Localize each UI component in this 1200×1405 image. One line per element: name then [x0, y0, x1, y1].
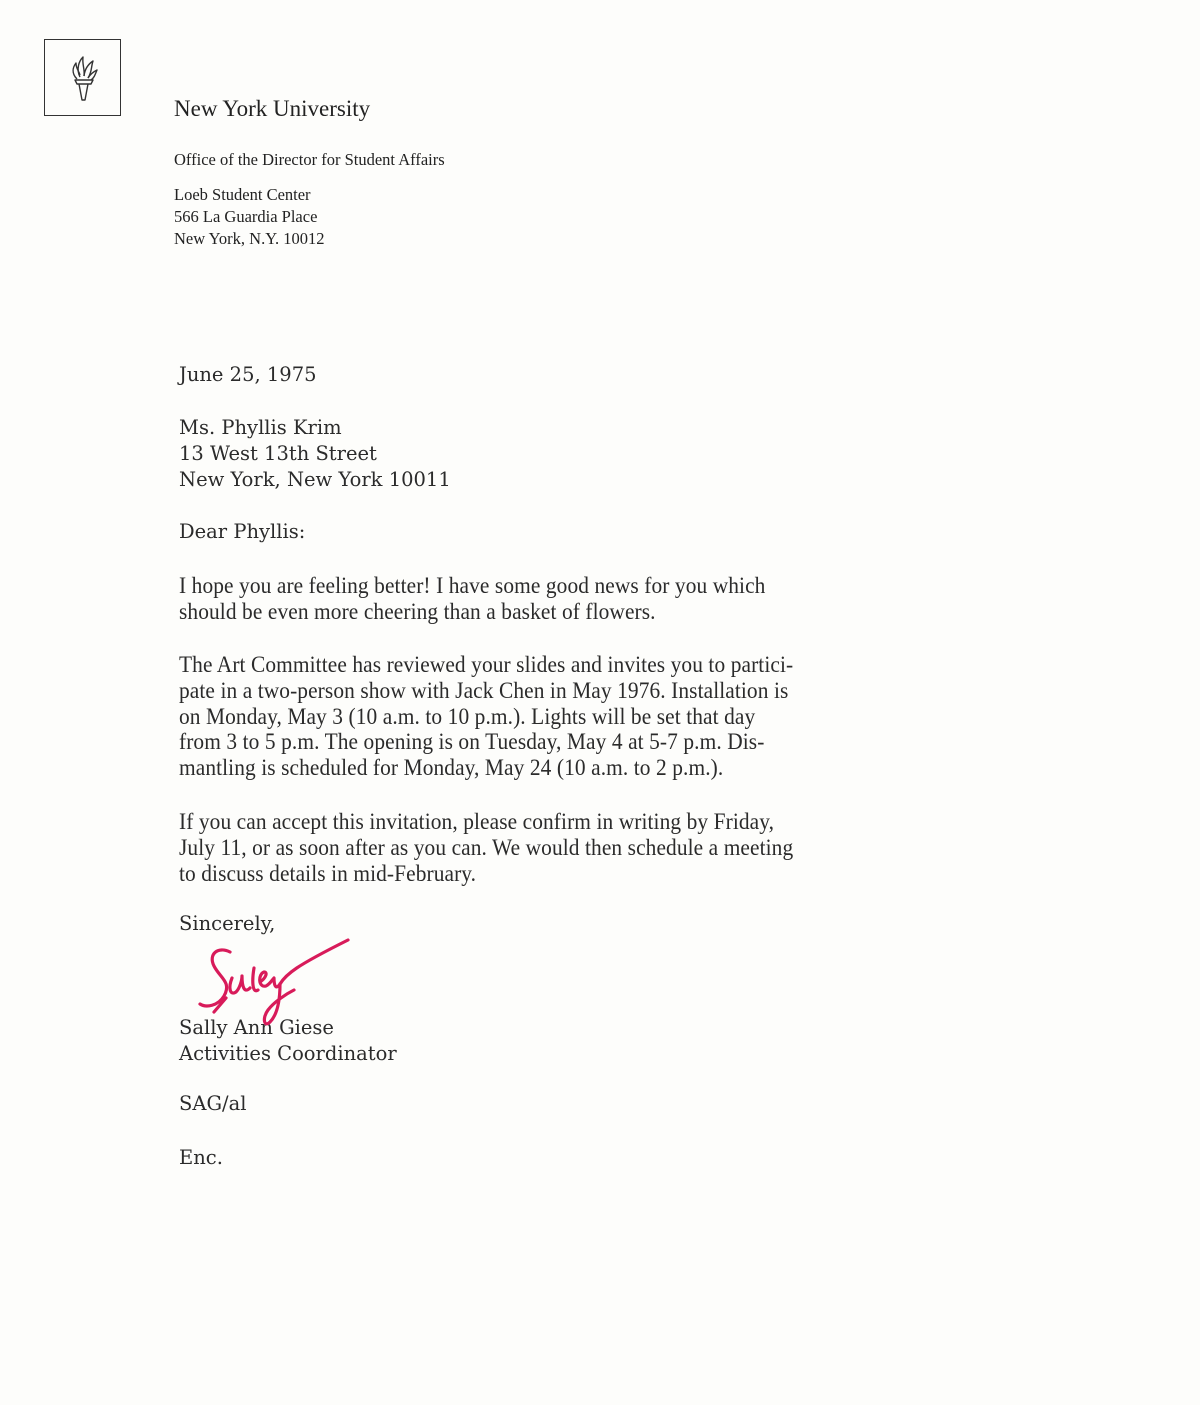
office-name: Office of the Director for Student Affai…	[174, 150, 445, 170]
paragraph-line: If you can accept this invitation, pleas…	[179, 809, 793, 835]
paragraph: The Art Committee has reviewed your slid…	[179, 652, 793, 781]
closing: Sincerely,	[179, 911, 275, 937]
recipient-line: Ms. Phyllis Krim	[179, 415, 451, 441]
paragraph-line: I hope you are feeling better! I have so…	[179, 573, 765, 599]
recipient-line: New York, New York 10011	[179, 467, 451, 493]
reference-initials: SAG/al	[179, 1091, 246, 1117]
signer-title: Activities Coordinator	[179, 1041, 397, 1067]
paragraph-line: on Monday, May 3 (10 a.m. to 10 p.m.). L…	[179, 704, 793, 730]
letterhead-address: Loeb Student Center 566 La Guardia Place…	[174, 184, 445, 250]
recipient-address: Ms. Phyllis Krim 13 West 13th Street New…	[179, 415, 451, 493]
address-line: Loeb Student Center	[174, 184, 445, 206]
paragraph-line: The Art Committee has reviewed your slid…	[179, 652, 793, 678]
paragraph-line: from 3 to 5 p.m. The opening is on Tuesd…	[179, 729, 793, 755]
handwritten-signature	[196, 938, 356, 1038]
paragraph-line: should be even more cheering than a bask…	[179, 599, 765, 625]
letterhead: New York University Office of the Direct…	[174, 95, 445, 250]
paragraph: I hope you are feeling better! I have so…	[179, 573, 765, 625]
recipient-line: 13 West 13th Street	[179, 441, 451, 467]
torch-icon	[63, 53, 103, 103]
paragraph-line: mantling is scheduled for Monday, May 24…	[179, 755, 793, 781]
institution-name: New York University	[174, 95, 445, 123]
enclosure-notation: Enc.	[179, 1145, 223, 1171]
letter-date: June 25, 1975	[179, 362, 317, 388]
paragraph-line: July 11, or as soon after as you can. We…	[179, 835, 793, 861]
paragraph-line: to discuss details in mid-February.	[179, 861, 793, 887]
salutation: Dear Phyllis:	[179, 519, 305, 545]
address-line: 566 La Guardia Place	[174, 206, 445, 228]
nyu-logo	[44, 39, 121, 116]
address-line: New York, N.Y. 10012	[174, 228, 445, 250]
paragraph-line: pate in a two-person show with Jack Chen…	[179, 678, 793, 704]
paragraph: If you can accept this invitation, pleas…	[179, 809, 793, 886]
